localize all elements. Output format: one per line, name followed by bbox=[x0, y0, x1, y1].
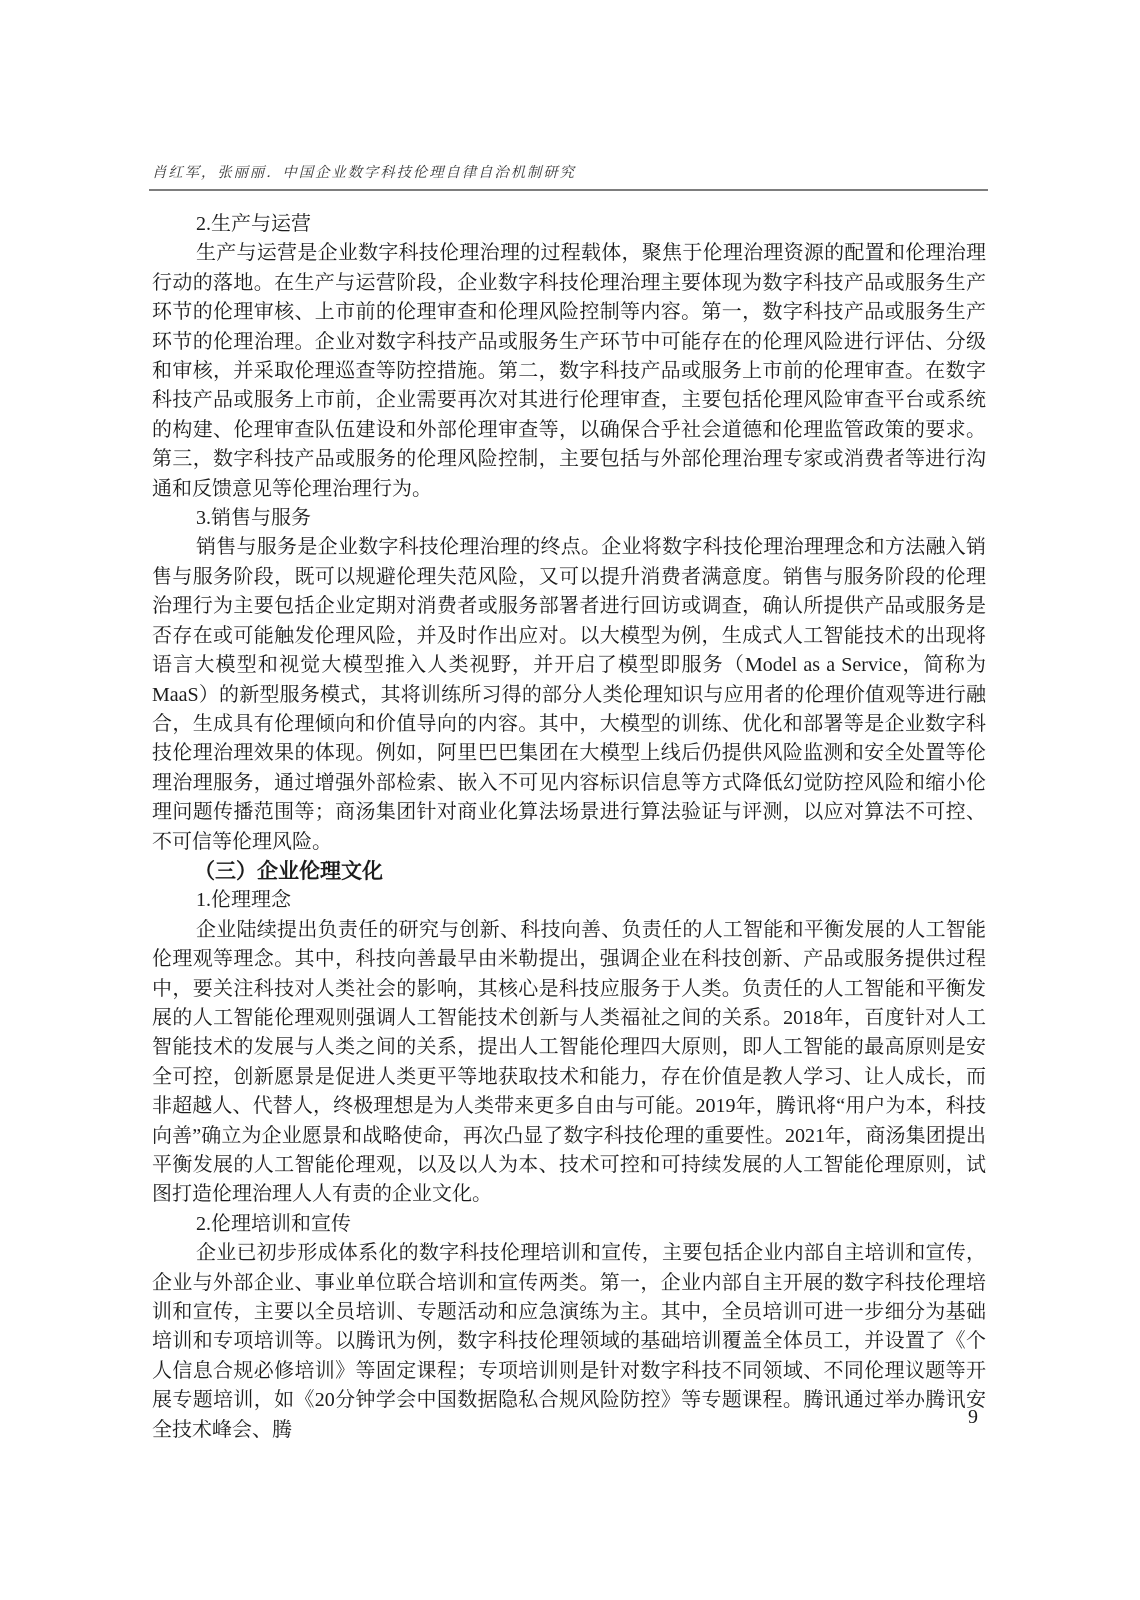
paper-page: 肖红军，张丽丽．中国企业数字科技伦理自律自治机制研究 2.生产与运营 生产与运营… bbox=[0, 0, 1140, 1600]
paragraph-ethics-concepts: 企业陆续提出负责任的研究与创新、科技向善、负责任的人工智能和平衡发展的人工智能伦… bbox=[152, 916, 986, 1210]
page-body: 2.生产与运营 生产与运营是企业数字科技伦理治理的过程载体，聚焦于伦理治理资源的… bbox=[152, 210, 986, 1445]
page-number: 9 bbox=[968, 1406, 978, 1429]
section-heading-corporate-ethics-culture: （三）企业伦理文化 bbox=[152, 857, 986, 886]
paragraph-ethics-training-promotion: 企业已初步形成体系化的数字科技伦理培训和宣传，主要包括企业内部自主培训和宣传，企… bbox=[152, 1239, 986, 1445]
paragraph-sales-service: 销售与服务是企业数字科技伦理治理的终点。企业将数字科技伦理治理理念和方法融入销售… bbox=[152, 533, 986, 856]
heading-production-operations: 2.生产与运营 bbox=[152, 210, 986, 239]
paragraph-production-operations: 生产与运营是企业数字科技伦理治理的过程载体，聚焦于伦理治理资源的配置和伦理治理行… bbox=[152, 239, 986, 504]
header-divider-rule bbox=[149, 189, 988, 191]
running-header: 肖红军，张丽丽．中国企业数字科技伦理自律自治机制研究 bbox=[152, 161, 576, 182]
heading-ethics-concepts: 1.伦理理念 bbox=[152, 886, 986, 915]
heading-ethics-training-promotion: 2.伦理培训和宣传 bbox=[152, 1210, 986, 1239]
heading-sales-service: 3.销售与服务 bbox=[152, 504, 986, 533]
